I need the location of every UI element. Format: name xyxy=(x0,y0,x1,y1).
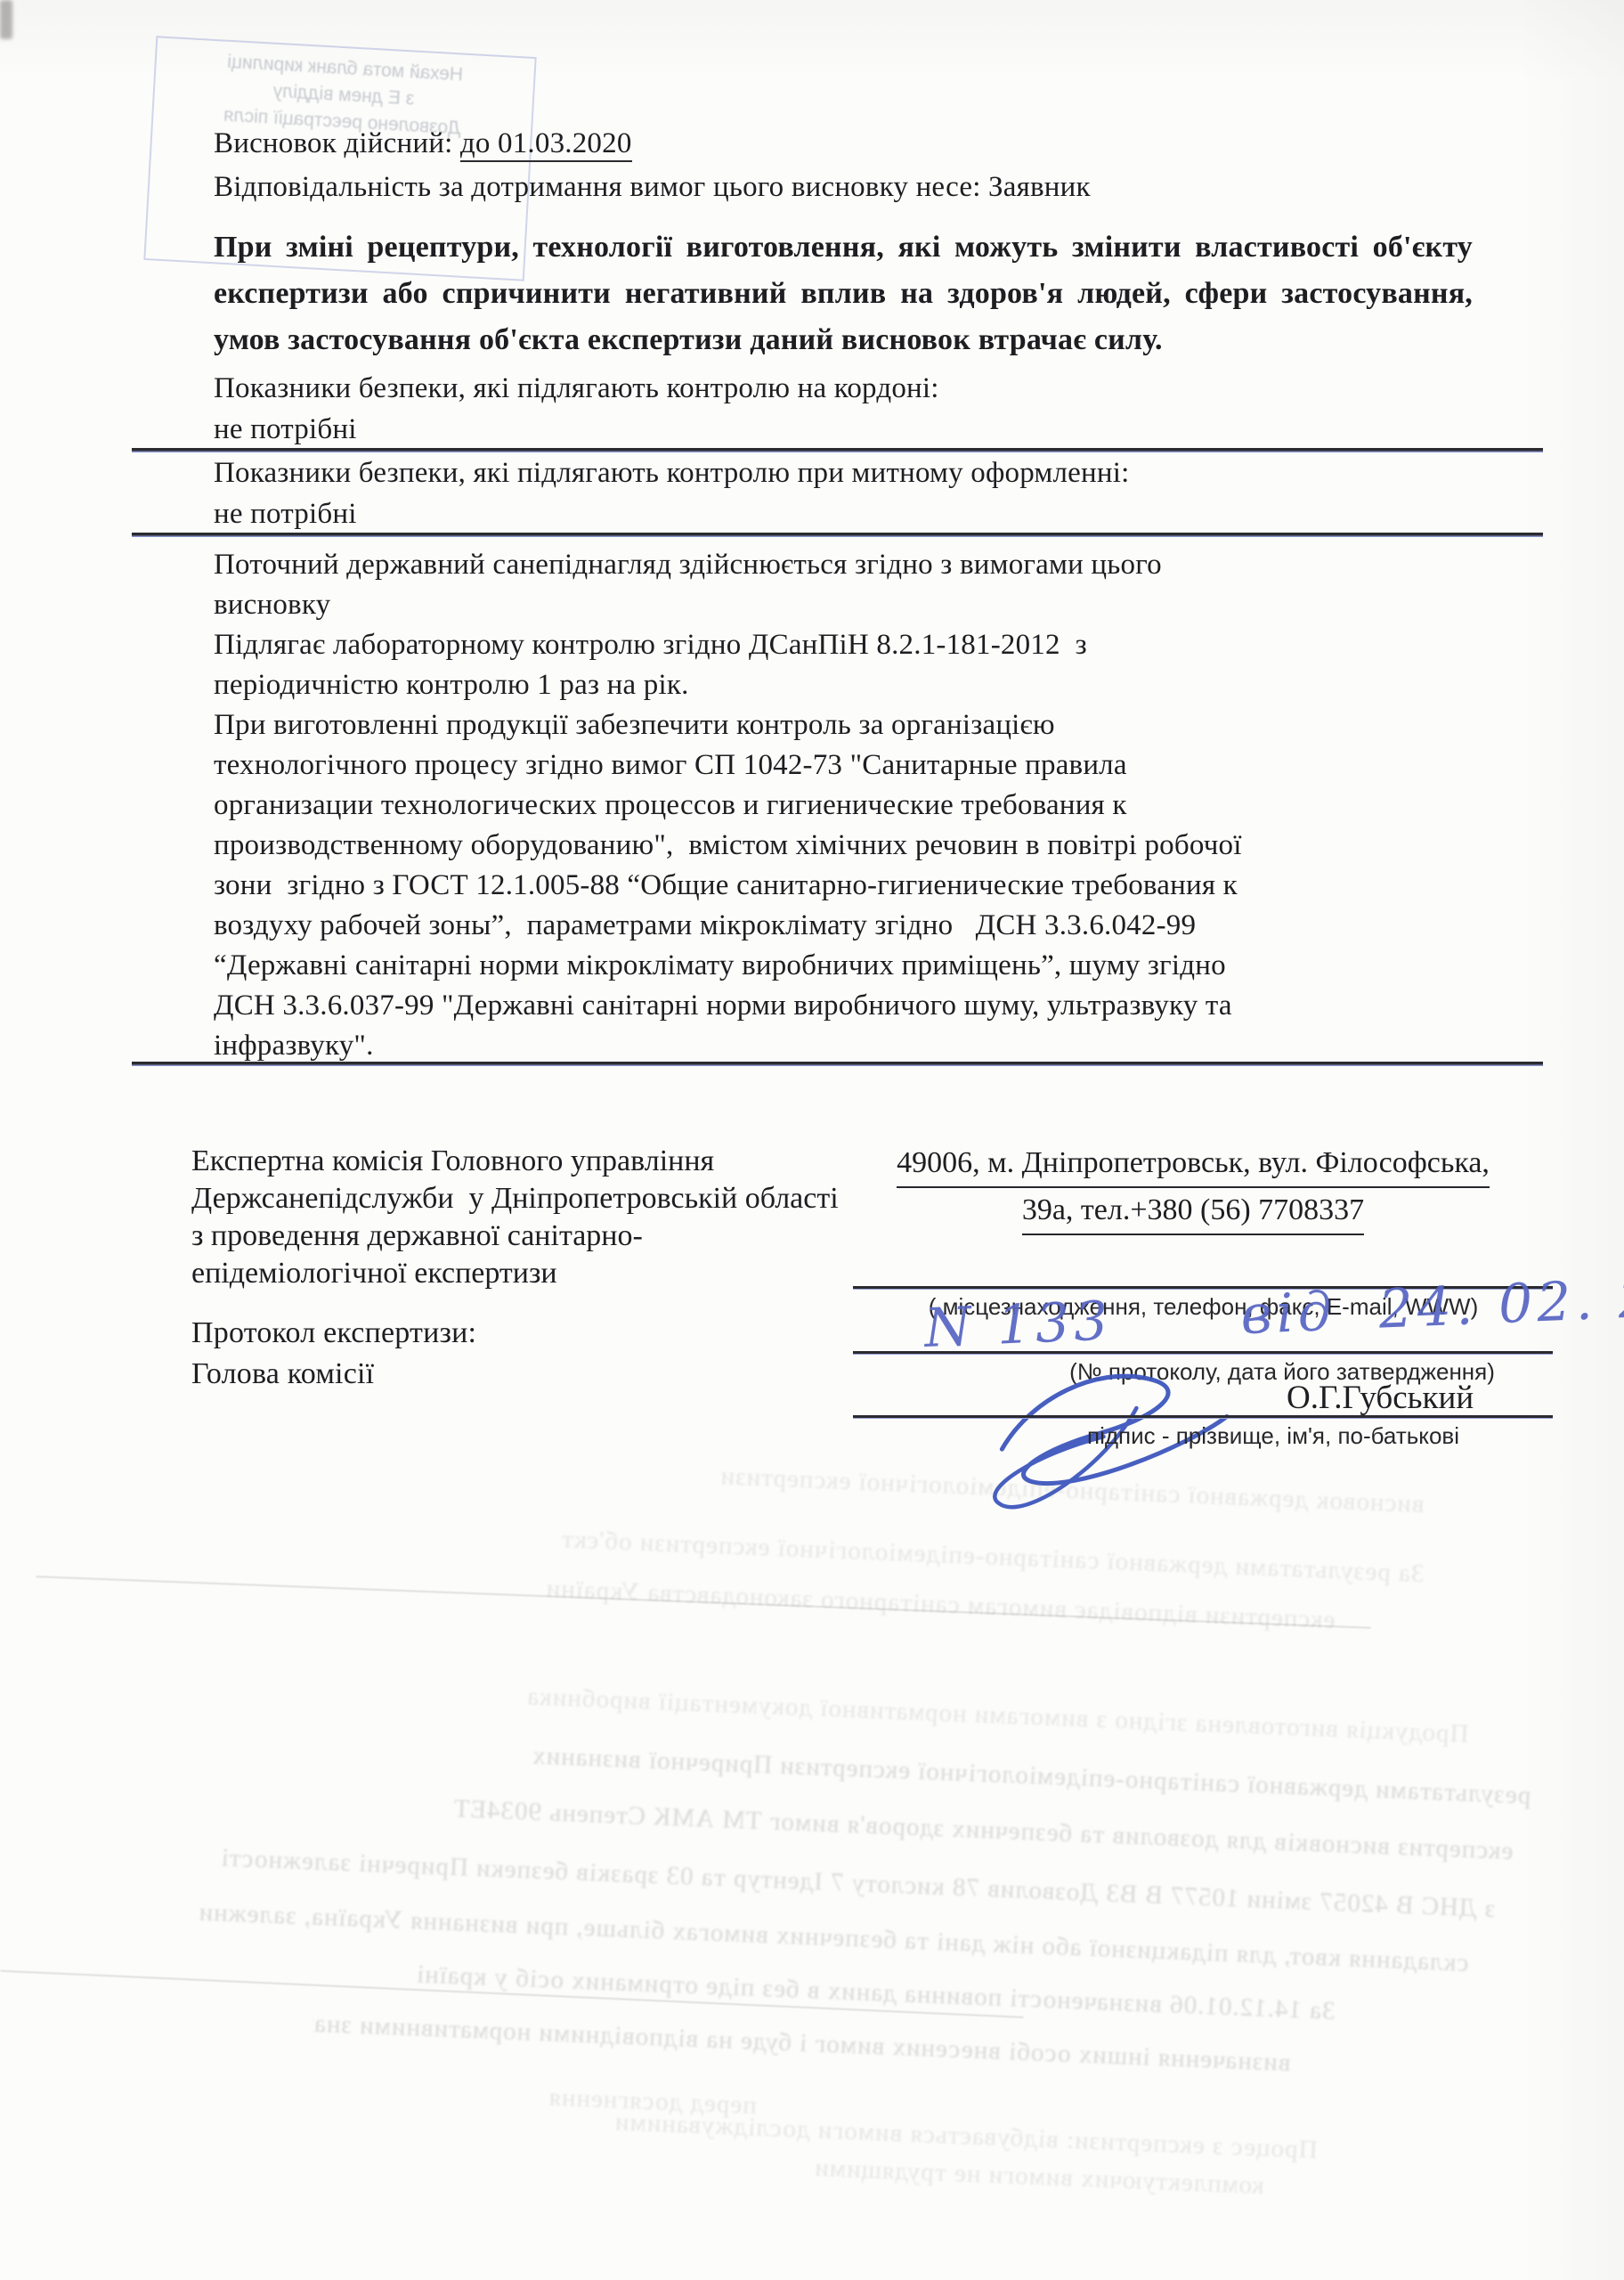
bleedthrough-line: визначення інших особі внесених вимог і … xyxy=(312,2009,1291,2078)
surveillance-line: производственному оборудованию", вмістом… xyxy=(214,826,1531,866)
bleedthrough-line: Продукція виготовлена згідно з вимогами … xyxy=(312,1673,1469,1749)
responsibility-line: Відповідальність за дотримання вимог цьо… xyxy=(214,171,1091,204)
commission-name-line: Держсанепідслужби у Дніпропетровській об… xyxy=(191,1180,832,1217)
customs-control-title: Показники безпеки, які підлягають контро… xyxy=(214,457,1129,490)
address-line-2: 39а, тел.+380 (56) 7708337 xyxy=(1022,1188,1364,1235)
surveillance-line: Поточний державний санепіднагляд здійсню… xyxy=(214,545,1531,585)
commission-name: Експертна комісія Головного управлінняДе… xyxy=(191,1143,832,1292)
surveillance-line: “Державні санітарні норми мікроклімату в… xyxy=(214,946,1531,986)
validity-date: до 01.03.2020 xyxy=(460,127,632,162)
scan-edge-mark xyxy=(0,0,12,39)
surveillance-line: технологічного процесу згідно вимог СП 1… xyxy=(214,745,1531,786)
commission-name-line: епідеміологічної експертизи xyxy=(191,1255,832,1292)
horizontal-rule xyxy=(132,533,1543,538)
border-control-title: Показники безпеки, які підлягають контро… xyxy=(214,372,939,405)
signature-rule xyxy=(853,1415,1553,1420)
address-line-1: 49006, м. Дніпропетровськ, вул. Філософс… xyxy=(897,1141,1490,1188)
surveillance-line: висновку xyxy=(214,585,1531,625)
surveillance-line: інфразвуку". xyxy=(214,1026,1531,1066)
surveillance-paragraph: Поточний державний санепіднагляд здійсню… xyxy=(214,545,1531,1066)
surveillance-line: При виготовленні продукції забезпечити к… xyxy=(214,705,1531,745)
horizontal-rule xyxy=(132,1062,1543,1067)
border-control-value: не потрібні xyxy=(214,413,357,446)
commission-name-line: Експертна комісія Головного управління xyxy=(191,1143,832,1180)
validity-line: Висновок дійсний: до 01.03.2020 xyxy=(214,127,632,160)
surveillance-line: организации технологических процессов и … xyxy=(214,786,1531,826)
surveillance-line: Підлягає лабораторному контролю згідно Д… xyxy=(214,625,1531,665)
validity-label: Висновок дійсний: xyxy=(214,127,460,159)
horizontal-rule xyxy=(132,448,1543,453)
surveillance-line: воздуху рабочей зоны”, параметрами мікро… xyxy=(214,906,1531,946)
scan-shading-right xyxy=(1517,0,1624,2280)
scanned-document-page: Нехай мота бланк кирилиці з Е днем відді… xyxy=(0,0,1624,2280)
customs-control-value: не потрібні xyxy=(214,498,357,531)
protocol-label: Протокол експертизи: xyxy=(191,1316,476,1350)
chairman-name: О.Г.Губський xyxy=(1287,1379,1474,1417)
signature-caption: підпис - прізвище, ім'я, по-батькові xyxy=(1024,1422,1522,1450)
invalidation-paragraph: При зміні рецептури, технології виготовл… xyxy=(214,224,1473,363)
commission-name-line: з проведення державної санітарно- xyxy=(191,1217,832,1255)
commission-address: 49006, м. Дніпропетровськ, вул. Філософс… xyxy=(846,1141,1540,1235)
surveillance-line: зони згідно з ГОСТ 12.1.005-88 “Общие са… xyxy=(214,866,1531,906)
surveillance-line: ДСН 3.3.6.037-99 "Державні санітарні нор… xyxy=(214,986,1531,1026)
chairman-label: Голова комісії xyxy=(191,1357,374,1391)
surveillance-line: періодичністю контролю 1 раз на рік. xyxy=(214,665,1531,705)
